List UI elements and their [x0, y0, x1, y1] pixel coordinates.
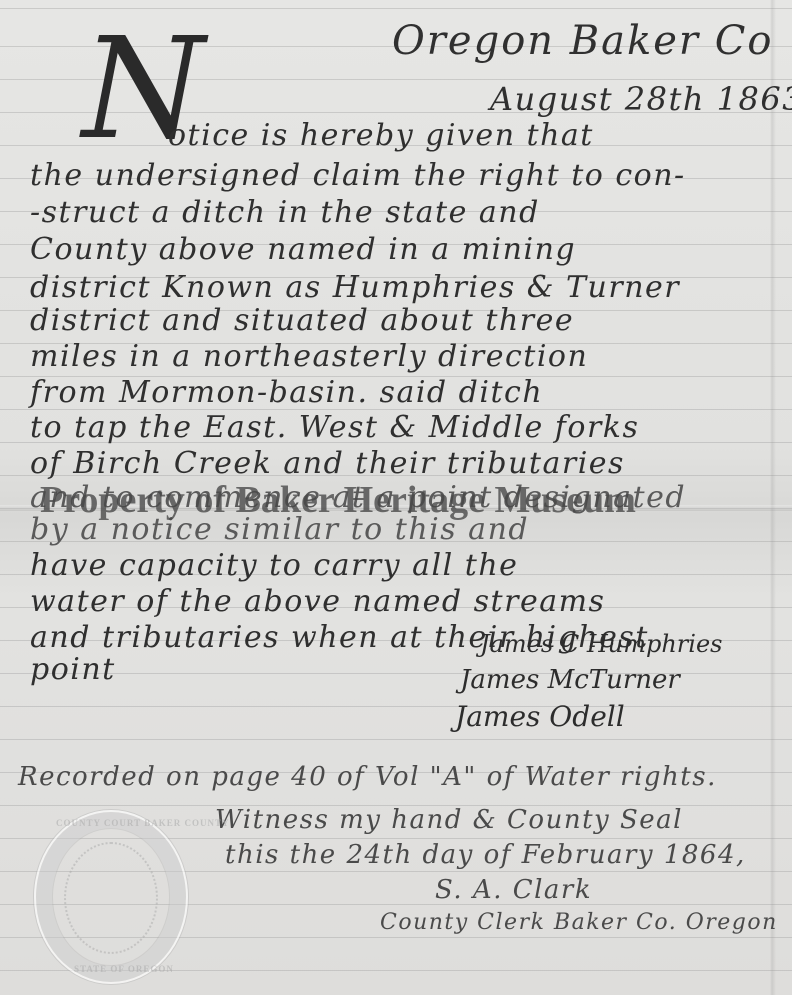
county-seal-emboss: COUNTY COURT BAKER COUNTY STATE OF OREGO…	[34, 810, 188, 984]
body-line: County above named in a mining	[30, 232, 576, 267]
recording-line-3: this the 24th day of February 1864,	[225, 840, 746, 870]
museum-watermark: Property of Baker Heritage Museum	[40, 478, 760, 522]
signature-humphries: James C Humphries	[480, 630, 722, 658]
seal-text-bottom: STATE OF OREGON	[74, 964, 174, 974]
body-line: otice is hereby given that	[168, 118, 594, 153]
body-line: -struct a ditch in the state and	[30, 195, 540, 230]
clerk-title: County Clerk Baker Co. Oregon	[380, 910, 778, 935]
body-line: water of the above named streams	[30, 584, 605, 619]
body-line: to tap the East. West & Middle forks	[30, 410, 639, 445]
body-line: of Birch Creek and their tributaries	[30, 446, 625, 481]
body-line: district Known as Humphries & Turner	[30, 270, 680, 305]
recording-line-2: Witness my hand & County Seal	[215, 805, 683, 835]
document-page: Oregon Baker Co August 28th 1863 N otice…	[0, 0, 792, 995]
header-place: Oregon Baker Co	[392, 18, 773, 64]
recording-line-1: Recorded on page 40 of Vol "A" of Water …	[18, 762, 717, 792]
body-line: point	[30, 652, 116, 687]
seal-text-top: COUNTY COURT BAKER COUNTY	[56, 818, 229, 828]
body-line: have capacity to carry all the	[30, 548, 518, 583]
header-date: August 28th 1863	[490, 80, 792, 118]
clerk-signature: S. A. Clark	[435, 875, 592, 905]
body-line: district and situated about three	[30, 303, 574, 338]
body-line: the undersigned claim the right to con-	[30, 158, 686, 193]
body-line: from Mormon-basin. said ditch	[30, 375, 543, 410]
signature-turner: James McTurner	[460, 665, 680, 695]
seal-eagle-icon	[64, 842, 158, 954]
body-line: miles in a northeasterly direction	[30, 339, 588, 374]
signature-odell: James Odell	[455, 700, 625, 733]
